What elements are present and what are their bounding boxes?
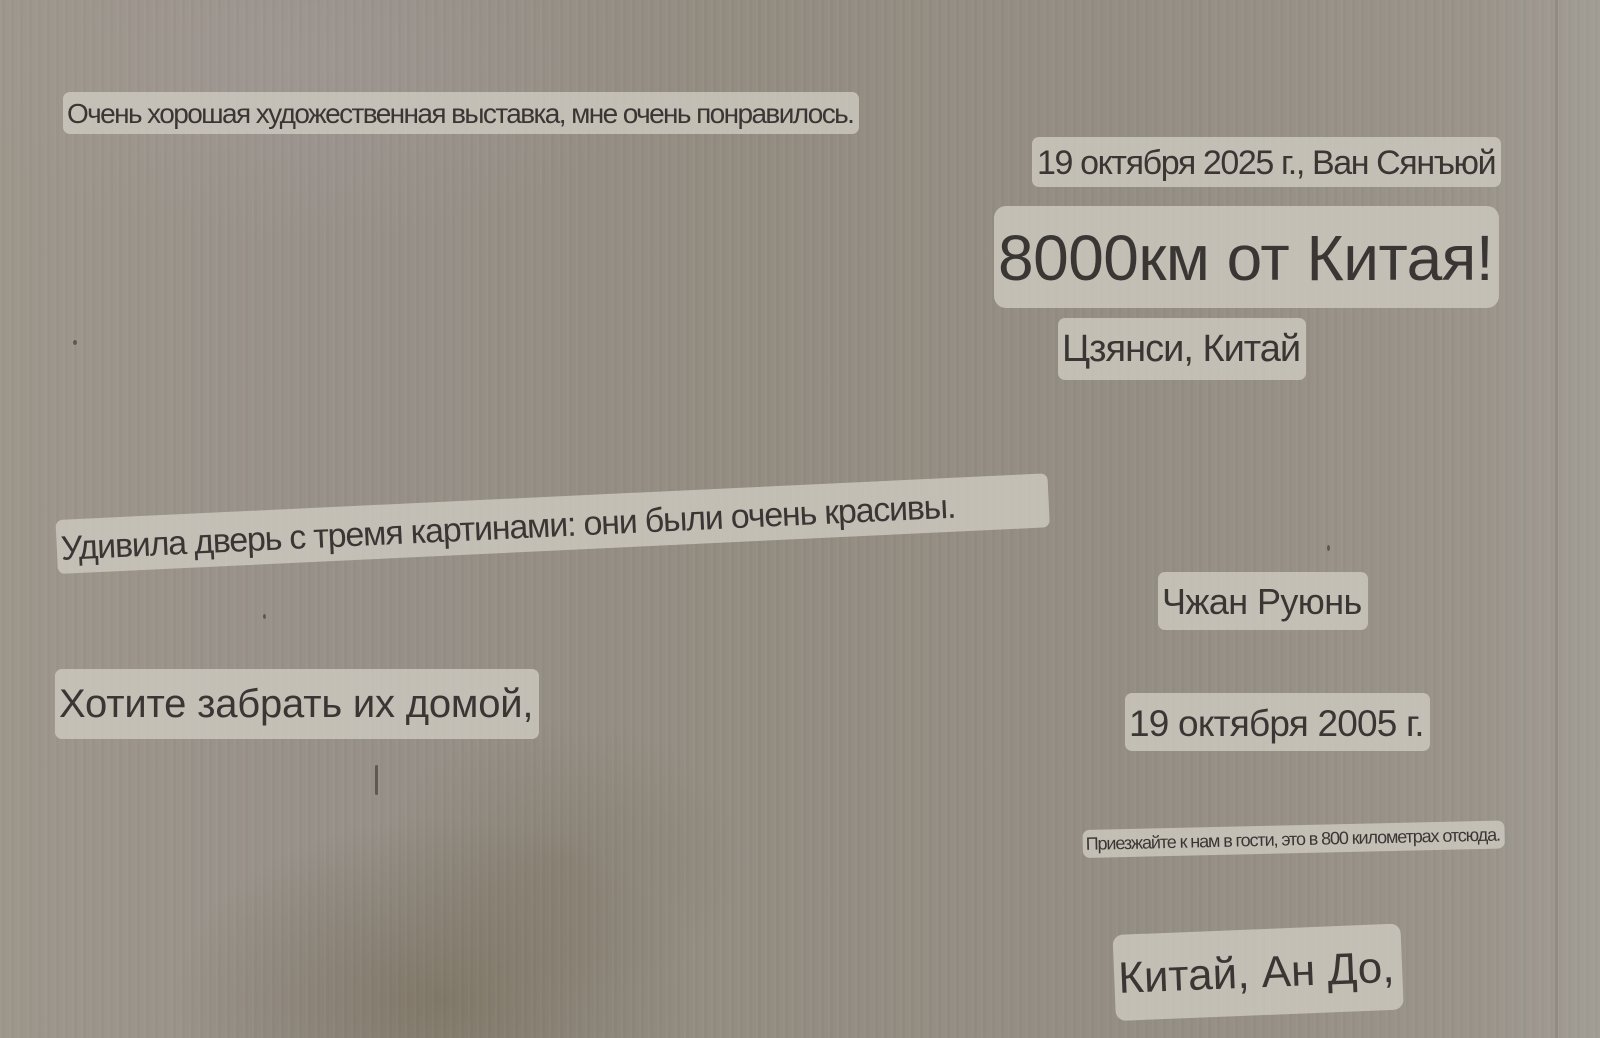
wall-mark bbox=[263, 614, 266, 619]
note-location-bottom: Китай, Ан До, bbox=[1113, 924, 1404, 1021]
wall-mark bbox=[375, 765, 378, 795]
note-question: Хотите забрать их домой, bbox=[55, 669, 539, 739]
wall-mark bbox=[1327, 545, 1330, 551]
wall-seam bbox=[1555, 0, 1558, 1038]
note-headline: 8000км от Китая! bbox=[994, 206, 1499, 308]
note-date-author-top: 19 октября 2025 г., Ван Сянъюй bbox=[1032, 137, 1501, 187]
note-date-bottom: 19 октября 2005 г. bbox=[1125, 693, 1430, 751]
note-author-bottom: Чжан Руюнь bbox=[1158, 572, 1368, 630]
note-comment-top: Очень хорошая художественная выставка, м… bbox=[63, 92, 859, 134]
wall-mark bbox=[73, 340, 77, 345]
note-location-top: Цзянси, Китай bbox=[1058, 318, 1306, 380]
